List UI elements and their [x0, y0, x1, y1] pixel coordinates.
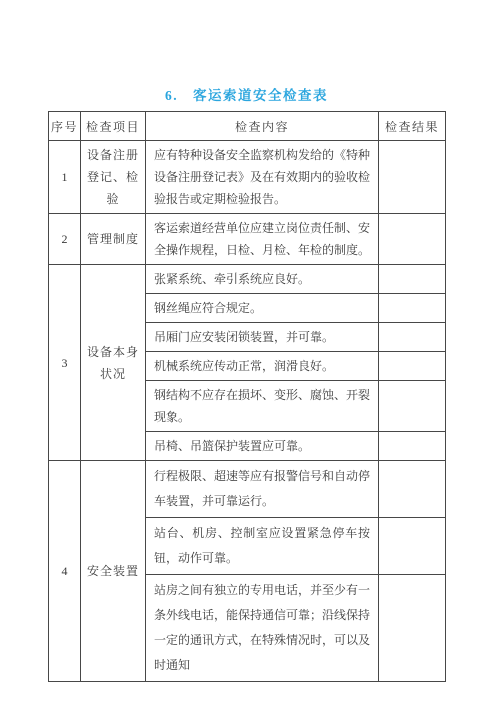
document-page: 6. 客运索道安全检查表 序号 检查项目 检查内容 检查结果 1 设备注册登记、…: [0, 0, 500, 707]
content-cell: 应有特种设备安全监察机构发给的《特种设备注册登记表》及在有效期内的验收检验报告或…: [146, 141, 379, 214]
table-row: 4 安全装置 行程极限、超速等应有报警信号和自动停车装置，并可靠运行。: [49, 461, 446, 518]
table-row: 3 设备本身状况 张紧系统、牵引系统应良好。: [49, 265, 446, 294]
content-cell: 钢丝绳应符合规定。: [146, 294, 379, 323]
row-number: 3: [49, 265, 81, 461]
header-no: 序号: [49, 112, 81, 141]
header-item: 检查项目: [81, 112, 146, 141]
row-item: 设备注册登记、检验: [81, 141, 146, 214]
content-cell: 行程极限、超速等应有报警信号和自动停车装置，并可靠运行。: [146, 461, 379, 518]
result-cell: [379, 518, 446, 575]
content-cell: 机械系统应传动正常，润滑良好。: [146, 352, 379, 381]
result-cell: [379, 575, 446, 682]
result-cell: [379, 141, 446, 214]
result-cell: [379, 352, 446, 381]
content-cell: 吊椅、吊篮保护装置应可靠。: [146, 432, 379, 461]
page-title: 6. 客运索道安全检查表: [48, 84, 445, 104]
result-cell: [379, 432, 446, 461]
row-item: 安全装置: [81, 461, 146, 682]
inspection-table: 序号 检查项目 检查内容 检查结果 1 设备注册登记、检验 应有特种设备安全监察…: [48, 111, 446, 682]
content-cell: 吊厢门应安装闭锁装置，并可靠。: [146, 323, 379, 352]
content-cell: 客运索道经营单位应建立岗位责任制、安全操作规程，日检、月检、年检的制度。: [146, 214, 379, 265]
row-item: 设备本身状况: [81, 265, 146, 461]
result-cell: [379, 381, 446, 432]
result-cell: [379, 214, 446, 265]
header-result: 检查结果: [379, 112, 446, 141]
result-cell: [379, 461, 446, 518]
row-number: 2: [49, 214, 81, 265]
row-number: 4: [49, 461, 81, 682]
header-row: 序号 检查项目 检查内容 检查结果: [49, 112, 446, 141]
result-cell: [379, 265, 446, 294]
row-item: 管理制度: [81, 214, 146, 265]
row-number: 1: [49, 141, 81, 214]
result-cell: [379, 294, 446, 323]
content-cell: 站台、机房、控制室应设置紧急停车按钮，动作可靠。: [146, 518, 379, 575]
table-row: 2 管理制度 客运索道经营单位应建立岗位责任制、安全操作规程，日检、月检、年检的…: [49, 214, 446, 265]
content-cell: 钢结构不应存在损坏、变形、腐蚀、开裂现象。: [146, 381, 379, 432]
content-cell: 张紧系统、牵引系统应良好。: [146, 265, 379, 294]
result-cell: [379, 323, 446, 352]
header-content: 检查内容: [146, 112, 379, 141]
table-row: 1 设备注册登记、检验 应有特种设备安全监察机构发给的《特种设备注册登记表》及在…: [49, 141, 446, 214]
content-cell: 站房之间有独立的专用电话，并至少有一条外线电话，能保持通信可靠；沿线保持一定的通…: [146, 575, 379, 682]
